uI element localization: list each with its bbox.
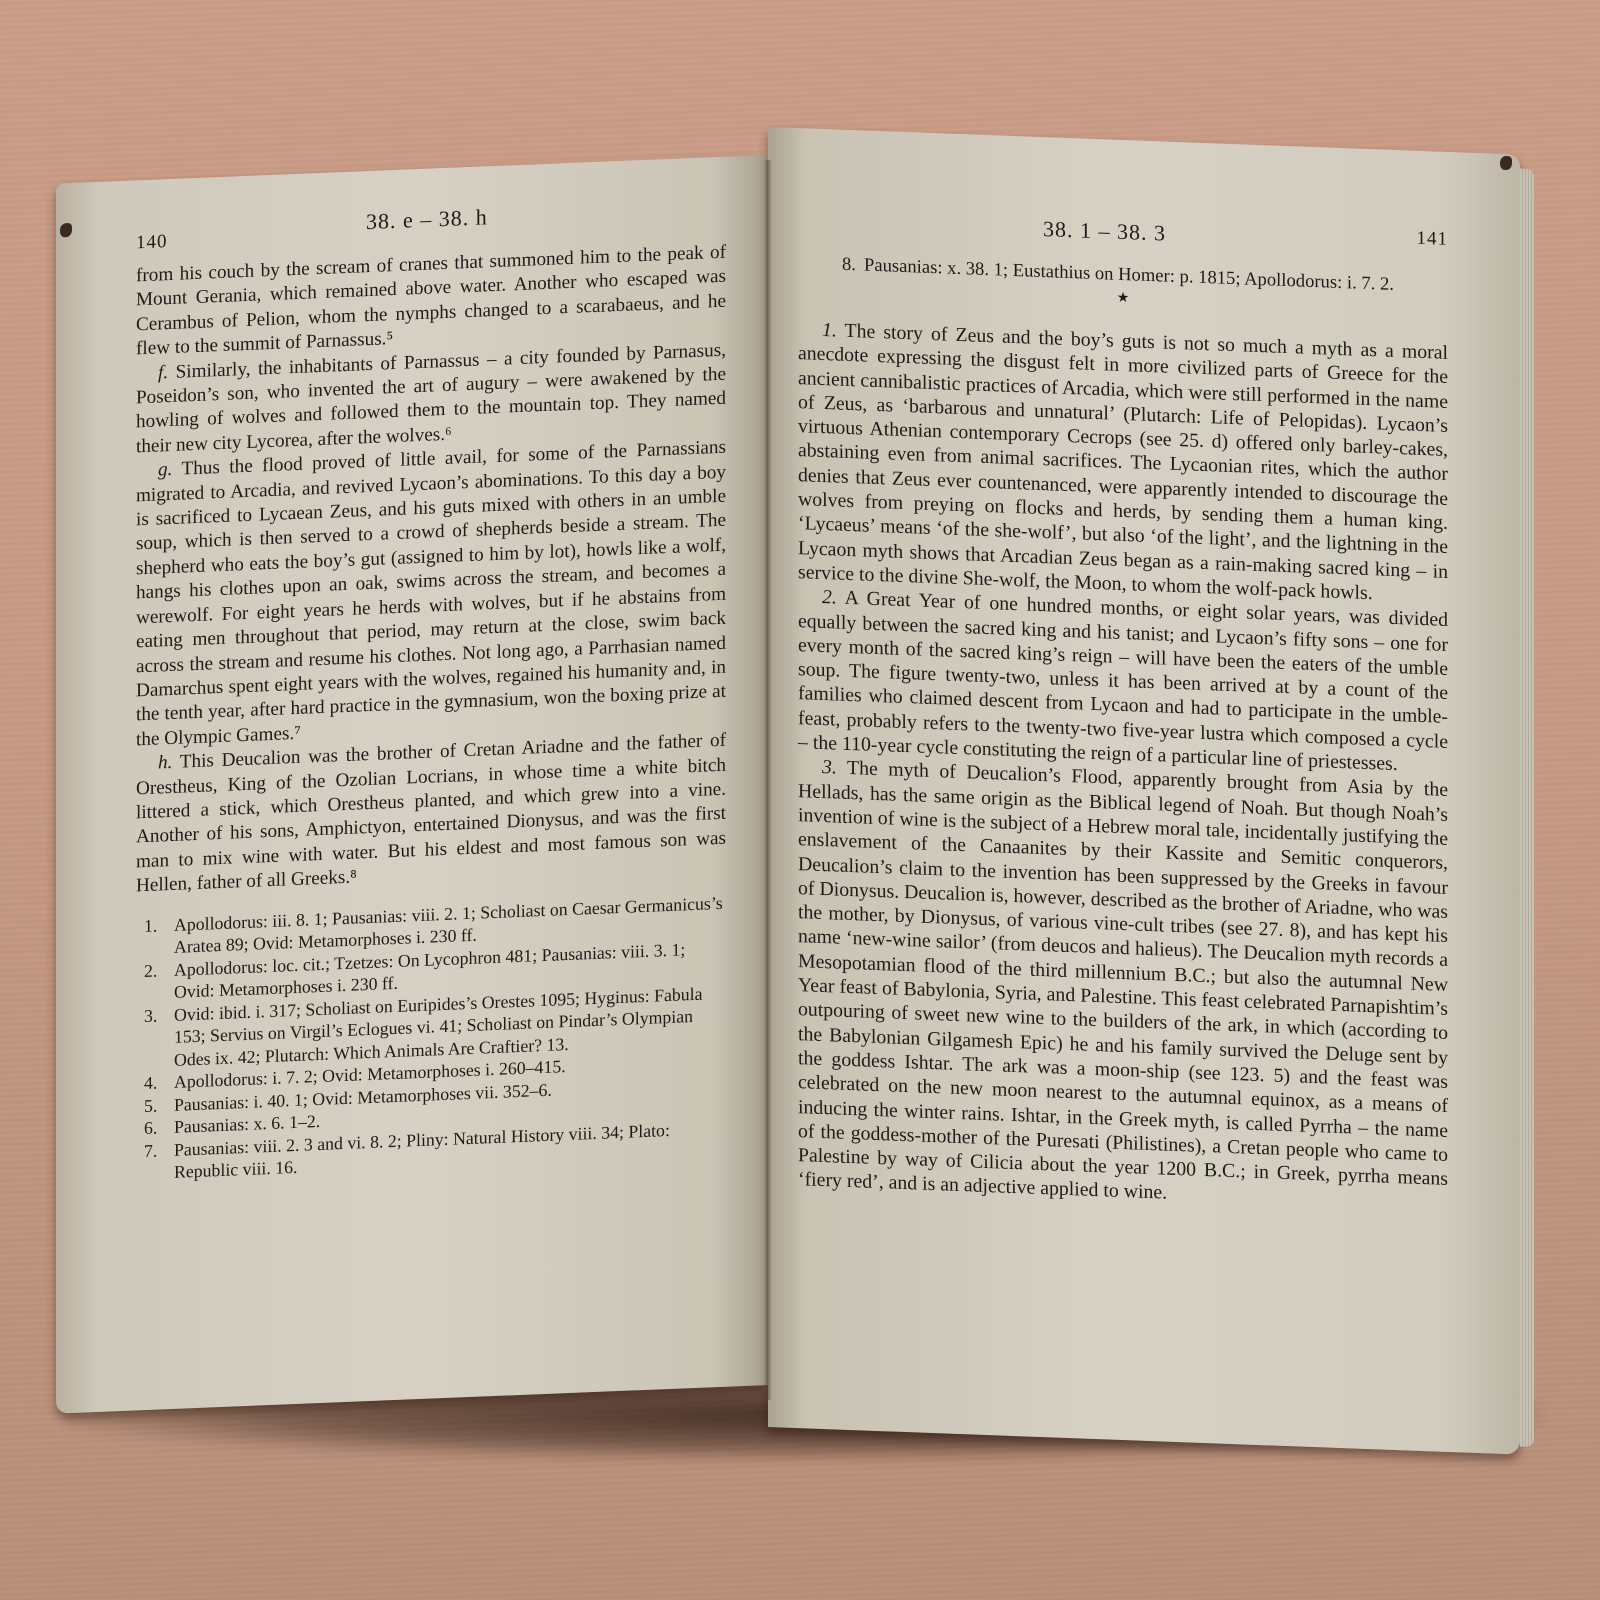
right-page-content: 38. 1 – 38. 3 141 8.Pausanias: x. 38. 1;… <box>798 183 1448 1216</box>
page-edges <box>1520 169 1534 1448</box>
page-number: 141 <box>1417 228 1449 251</box>
paragraph-h: h. This Deucalion was the brother of Cre… <box>136 729 726 899</box>
commentary-3: 3. The myth of Deucalion’s Flood, appare… <box>798 754 1448 1215</box>
right-running-head: 38. 1 – 38. 3 141 <box>798 183 1448 237</box>
running-title: 38. e – 38. h <box>366 204 488 235</box>
book-gutter <box>764 160 772 1400</box>
page-number: 140 <box>136 231 168 254</box>
left-running-head: 140 38. e – 38. h <box>136 197 726 251</box>
paragraph-g: g. Thus the flood proved of little avail… <box>136 436 726 753</box>
right-page: 38. 1 – 38. 3 141 8.Pausanias: x. 38. 1;… <box>768 127 1520 1455</box>
left-page: 140 38. e – 38. h from his couch by the … <box>56 155 768 1414</box>
commentary-text: 1. The story of Zeus and the boy’s guts … <box>798 317 1448 1216</box>
torn-corner-mark <box>1500 156 1512 170</box>
running-title: 38. 1 – 38. 3 <box>1043 216 1166 247</box>
left-body-text: from his couch by the scream of cranes t… <box>136 241 726 899</box>
commentary-2: 2. A Great Year of one hundred months, o… <box>798 584 1448 778</box>
torn-corner-mark <box>60 223 72 237</box>
left-footnotes: 1.Apollodorus: iii. 8. 1; Pausanias: vii… <box>136 891 726 1185</box>
left-page-content: 140 38. e – 38. h from his couch by the … <box>136 197 726 1185</box>
commentary-1: 1. The story of Zeus and the boy’s guts … <box>798 317 1448 608</box>
